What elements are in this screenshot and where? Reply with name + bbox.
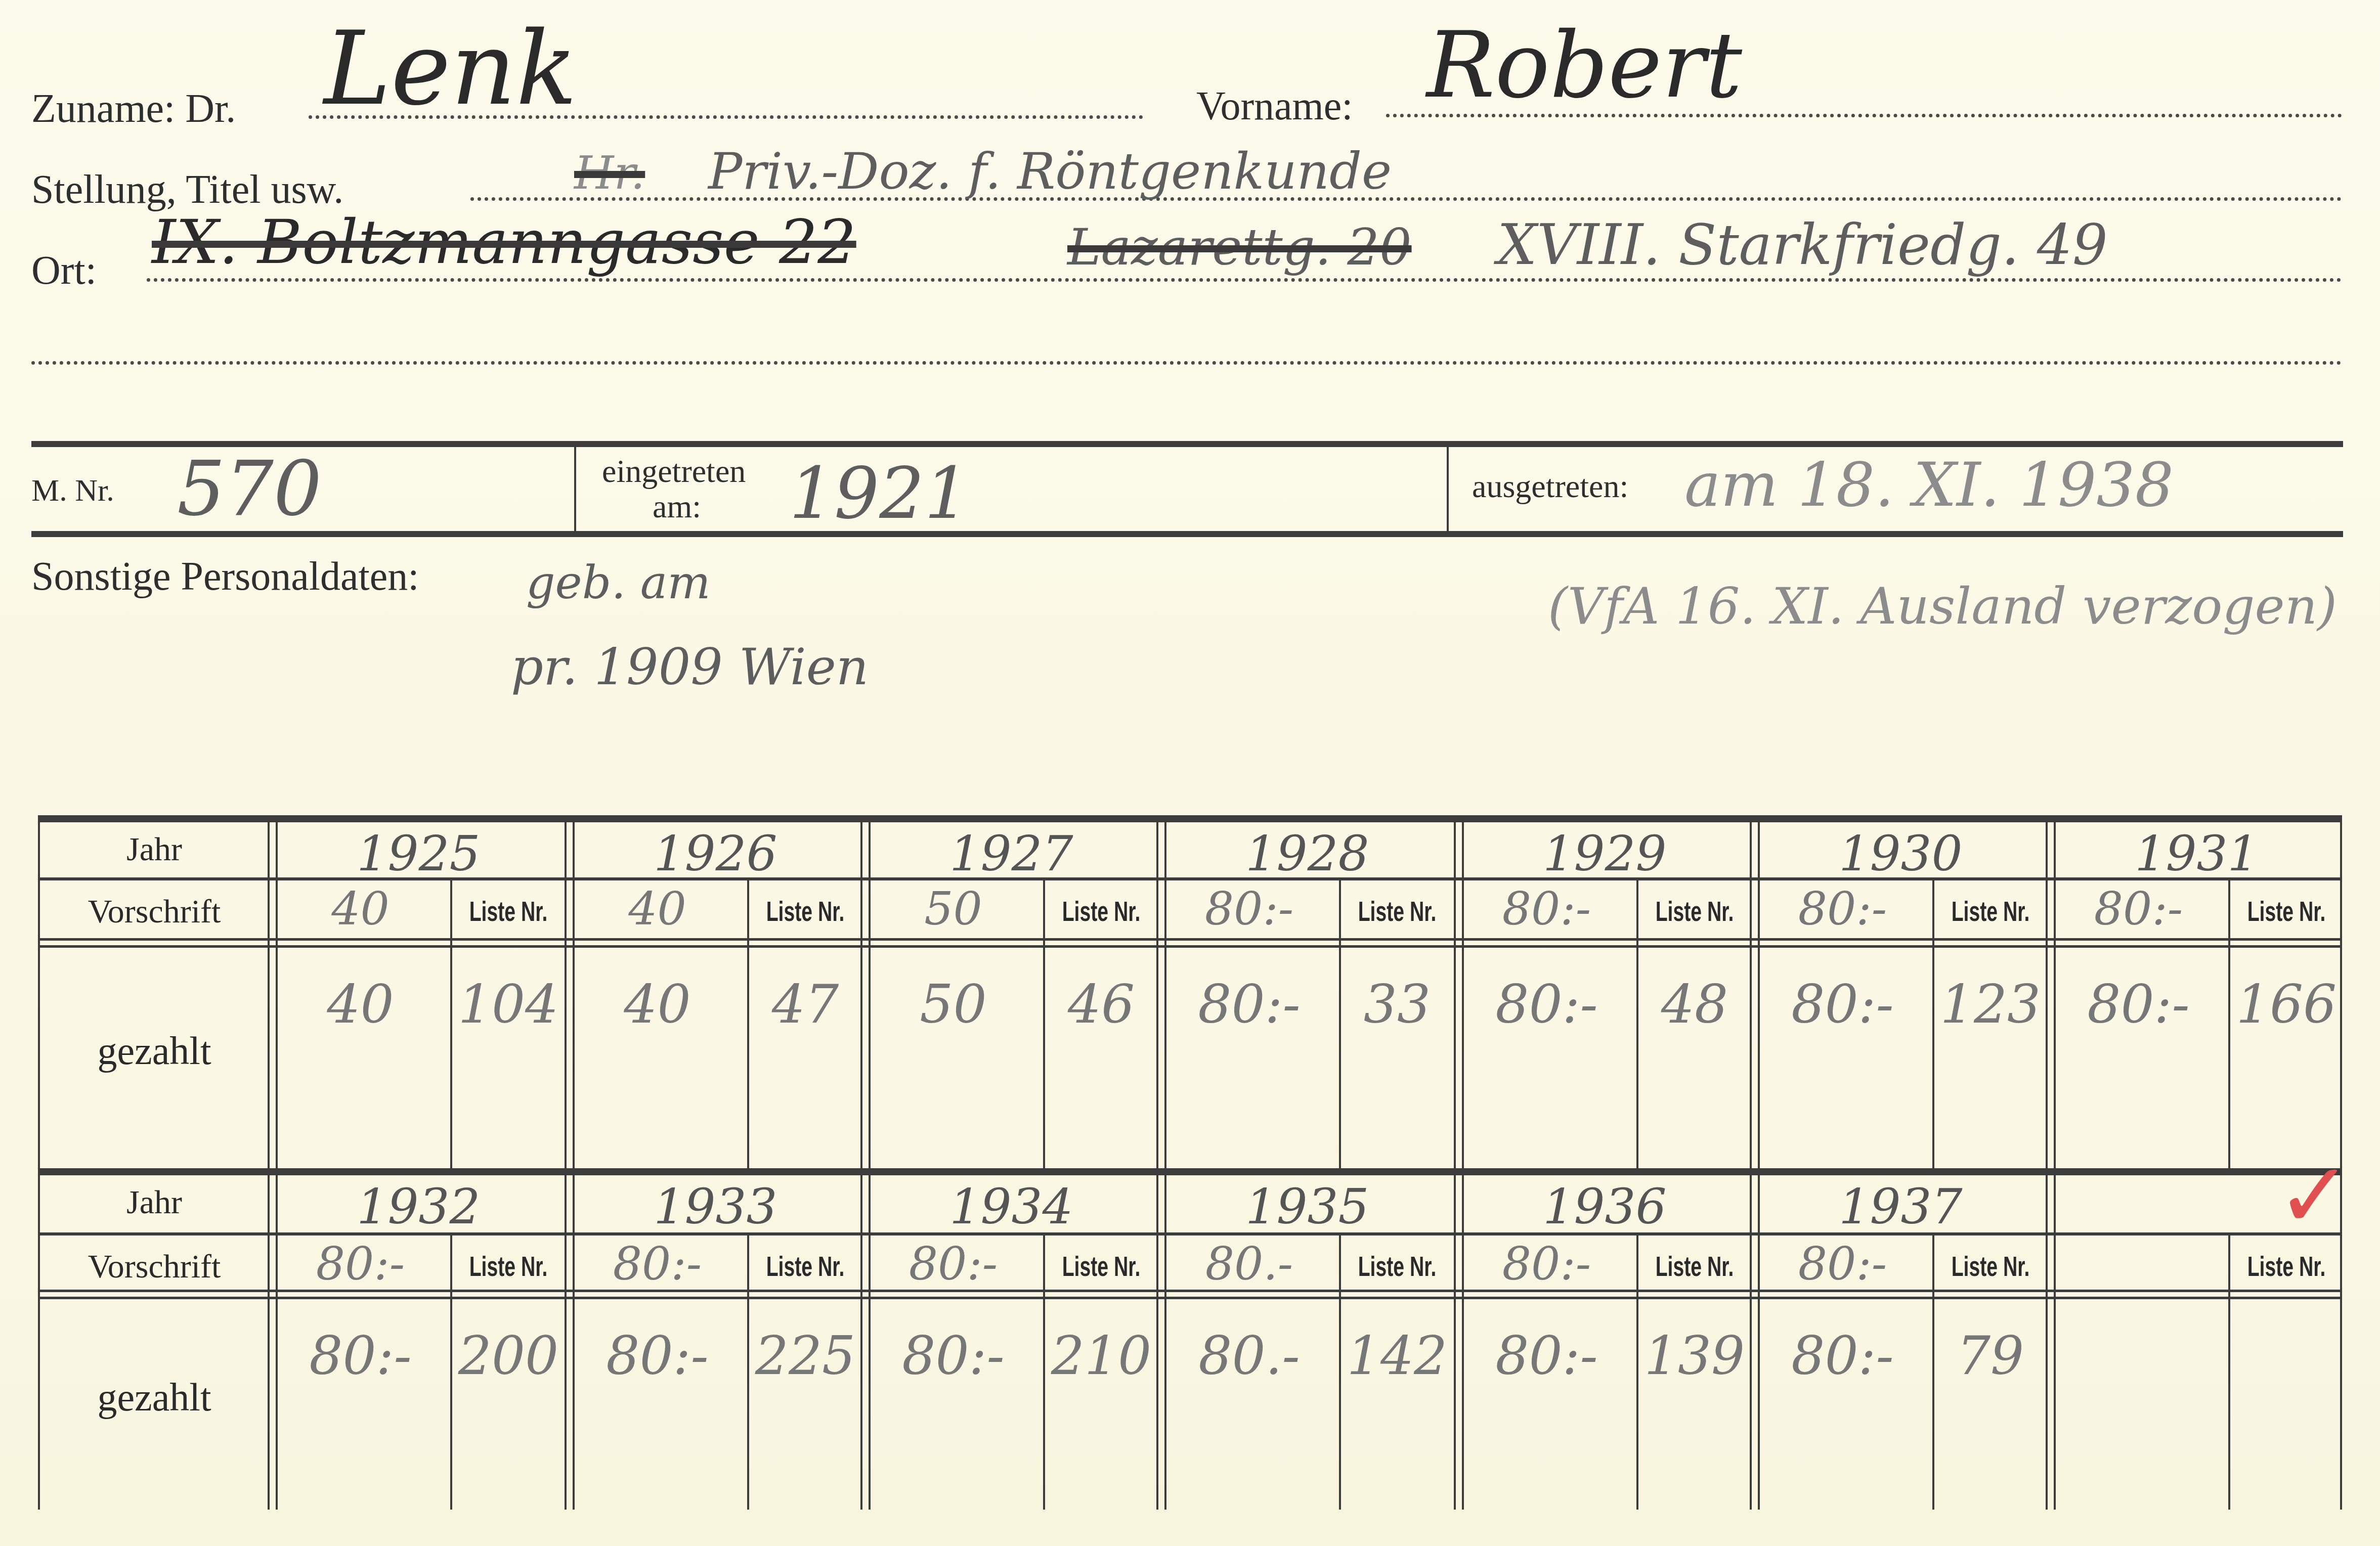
paid-value: 80:- — [271, 1325, 450, 1387]
year-value: 1930 — [1753, 825, 2049, 882]
required-value: 80:- — [1457, 1238, 1636, 1291]
location-line — [147, 278, 2342, 282]
year-value: 1929 — [1457, 825, 1753, 882]
list-no-header: Liste Nr. — [1357, 895, 1438, 927]
year-value: 1926 — [568, 825, 863, 882]
blank-address-line — [31, 361, 2342, 365]
list-no-header: Liste Nr. — [1061, 895, 1142, 927]
required-value: 80:- — [271, 1238, 450, 1291]
paid-value: 80:- — [863, 1325, 1043, 1387]
required-value: 80:- — [2049, 882, 2228, 936]
list-no-header: Liste Nr. — [1654, 1250, 1736, 1283]
membership-card: Zuname: Dr. Lenk Vorname: Robert Stellun… — [0, 0, 2380, 1546]
position-value-struck: Hr. — [574, 147, 645, 200]
list-no-header: Liste Nr. — [765, 1250, 846, 1283]
list-no-header: Liste Nr. — [2246, 1250, 2327, 1283]
list-no-header: Liste Nr. — [1357, 1250, 1438, 1283]
membership-top-rule — [31, 441, 2343, 447]
table-top-rule — [38, 815, 2342, 822]
header-double-rule-b — [38, 945, 2342, 948]
row-label-paid: gezahlt — [38, 1375, 271, 1420]
paid-value: 80:- — [1753, 974, 1932, 1035]
year-value: 1931 — [2049, 825, 2345, 882]
required-value: 80:- — [1753, 1238, 1932, 1291]
required-value: 80:- — [568, 1238, 747, 1291]
list-no-value: 123 — [1932, 974, 2049, 1035]
required-value: 80:- — [863, 1238, 1043, 1291]
paid-value: 80:- — [1159, 974, 1339, 1035]
list-no-value: 225 — [747, 1325, 863, 1387]
paid-value: 80.- — [1159, 1325, 1339, 1387]
joined-label-line1: eingetreten — [602, 453, 746, 490]
left-value: am 18. XI. 1938 — [1684, 450, 2174, 520]
year-value: 1937 — [1753, 1178, 2049, 1235]
row-label-year: Jahr — [38, 830, 271, 869]
membership-divider-1 — [574, 445, 576, 534]
paid-value: 80:- — [1457, 1325, 1636, 1387]
row-label-required: Vorschrift — [38, 893, 271, 931]
surname-label: Zuname: Dr. — [31, 86, 236, 132]
required-value: 50 — [863, 882, 1043, 936]
paid-value: 50 — [863, 974, 1043, 1035]
list-no-value: 200 — [450, 1325, 567, 1387]
required-value: 40 — [271, 882, 450, 936]
required-value: 40 — [568, 882, 747, 936]
list-no-value: 166 — [2228, 974, 2345, 1035]
list-no-value: 46 — [1043, 974, 1159, 1035]
list-no-value: 79 — [1932, 1325, 2049, 1387]
row-label-paid: gezahlt — [38, 1028, 271, 1074]
membership-divider-2 — [1447, 445, 1449, 534]
header-double-rule-a — [38, 938, 2342, 941]
year-value: 1936 — [1457, 1178, 1753, 1235]
year-value: 1927 — [863, 825, 1159, 882]
location-value: XVIII. Starkfriedg. 49 — [1497, 212, 2108, 277]
member-no-value: 570 — [177, 445, 322, 533]
required-value: 80.- — [1159, 1238, 1339, 1291]
required-value: 80:- — [1753, 882, 1932, 936]
list-no-header: Liste Nr. — [1061, 1250, 1142, 1283]
check-mark-icon: ✓ — [2276, 1143, 2353, 1249]
required-value: 80:- — [1159, 882, 1339, 936]
list-no-header: Liste Nr. — [2246, 895, 2327, 927]
list-no-value: 48 — [1636, 974, 1753, 1035]
position-label: Stellung, Titel usw. — [31, 167, 343, 213]
table-top-rule — [38, 1168, 2342, 1175]
year-value: 1932 — [271, 1178, 567, 1235]
row-label-required: Vorschrift — [38, 1248, 271, 1286]
firstname-value: Robert — [1426, 13, 1742, 118]
list-no-value: 210 — [1043, 1325, 1159, 1387]
list-no-value: 104 — [450, 974, 567, 1035]
list-no-header: Liste Nr. — [1654, 895, 1736, 927]
list-no-header: Liste Nr. — [468, 895, 549, 927]
other-data-line1: geb. am — [526, 556, 711, 609]
list-no-header: Liste Nr. — [1950, 895, 2031, 927]
paid-value: 80:- — [1457, 974, 1636, 1035]
year-value: 1933 — [568, 1178, 863, 1235]
other-data-line2: pr. 1909 Wien — [511, 637, 869, 696]
surname-value: Lenk — [324, 10, 577, 128]
list-no-value: 33 — [1339, 974, 1455, 1035]
joined-label-line2: am: — [653, 488, 701, 525]
list-no-divider — [2228, 1232, 2230, 1510]
paid-value: 40 — [568, 974, 747, 1035]
side-note: (VfA 16. XI. Ausland verzogen) — [1548, 577, 2337, 636]
year-value: 1925 — [271, 825, 567, 882]
membership-bottom-rule — [31, 531, 2343, 537]
paid-value: 80:- — [568, 1325, 747, 1387]
header-double-rule-b — [38, 1297, 2342, 1299]
left-label: ausgetreten: — [1472, 468, 1628, 505]
list-no-header: Liste Nr. — [468, 1250, 549, 1283]
list-no-value: 139 — [1636, 1325, 1753, 1387]
paid-value: 80:- — [2049, 974, 2228, 1035]
paid-value: 80:- — [1753, 1325, 1932, 1387]
year-value: 1934 — [863, 1178, 1159, 1235]
list-no-value: 142 — [1339, 1325, 1455, 1387]
list-no-value: 47 — [747, 974, 863, 1035]
year-value: 1928 — [1159, 825, 1455, 882]
position-value: Priv.-Doz. f. Röntgenkunde — [708, 142, 1392, 201]
other-data-label: Sonstige Personaldaten: — [31, 554, 419, 600]
list-no-header: Liste Nr. — [1950, 1250, 2031, 1283]
member-no-label: M. Nr. — [31, 473, 114, 509]
firstname-label: Vorname: — [1196, 83, 1353, 129]
location-label: Ort: — [31, 248, 97, 294]
required-value: 80:- — [1457, 882, 1636, 936]
joined-value: 1921 — [789, 453, 969, 535]
row-label-year: Jahr — [38, 1183, 271, 1222]
year-value: 1935 — [1159, 1178, 1455, 1235]
paid-value: 40 — [271, 974, 450, 1035]
list-no-header: Liste Nr. — [765, 895, 846, 927]
location-struck-2: Lazarettg. 20 — [1067, 217, 1412, 277]
location-struck-1: IX. Boltzmanngasse 22 — [152, 207, 856, 278]
